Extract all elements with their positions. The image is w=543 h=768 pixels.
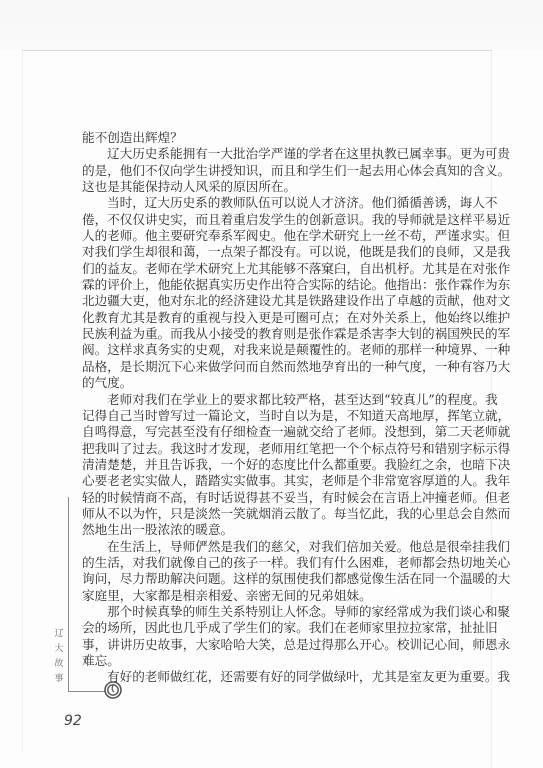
text-line: 老师对我们在学业上的要求都比较严格，甚至达到“较真儿”的程度。我 xyxy=(82,392,479,408)
text-line: 化教育尤其是教育的重视与投入更是可圈可点；在对外关系上，他始终以维护 xyxy=(82,310,479,326)
text-line: 师从不以为忤，只是淡然一笑就烟消云散了。每当忆此，我的心里总会自然而 xyxy=(82,506,479,522)
text-line: 事，讲讲历史故事，大家哈哈大笑，总是过得那么开心。校训记心间，师恩永 xyxy=(82,637,479,653)
text-line: 辽大历史系能拥有一大批治学严谨的学者在这里执教已属幸事。更为可贵 xyxy=(82,146,479,162)
text-line: 难忘。 xyxy=(82,653,479,669)
running-title-char: 大 xyxy=(52,642,66,657)
text-line: 轻的时候情商不高，有时话说得甚不妥当，有时候会在言语上冲撞老师。但老 xyxy=(82,490,479,506)
text-line: 自鸣得意，写完甚至没有仔细检查一遍就交给了老师。没想到，第二天老师就 xyxy=(82,424,479,440)
text-line: 品格，是长期沉下心来做学问而自然而然地孕育出的一种气度，一种有容乃大 xyxy=(82,359,479,375)
text-line: 在生活上，导师俨然是我们的慈父，对我们倍加关爱。他总是很牵挂我们 xyxy=(82,539,479,555)
text-line: 能不创造出辉煌？ xyxy=(82,130,479,146)
scan-background-top xyxy=(0,0,543,50)
text-line: 霖的评价上，他能依据真实历史作出符合实际的结论。他指出：张作霖作为东 xyxy=(82,277,479,293)
running-title-char: 辽 xyxy=(52,627,66,642)
running-title-char: 事 xyxy=(52,672,66,687)
margin-bottom-rule xyxy=(68,691,106,692)
text-line: 当时，辽大历史系的教师队伍可以说人才济济。他们循循善诱，诲人不 xyxy=(82,195,479,211)
page-number: 92 xyxy=(64,713,82,729)
spiral-ornament-icon xyxy=(104,681,122,699)
text-line: 心要老老实实做人，踏踏实实做事。其实，老师是个非常宽容厚道的人。我年 xyxy=(82,473,479,489)
text-line: 记得自己当时曾写过一篇论文，当时自以为是，不知道天高地厚，挥笔立就， xyxy=(82,408,479,424)
text-line: 阀。这样求真务实的史观，对我来说是颠覆性的。老师的那样一种境界、一种 xyxy=(82,342,479,358)
page-top-edge xyxy=(22,50,492,51)
text-line: 那个时候真挚的师生关系特别让人怀念。导师的家经常成为我们谈心和聚 xyxy=(82,604,479,620)
body-text: 能不创造出辉煌？辽大历史系能拥有一大批治学严谨的学者在这里执教已属幸事。更为可贵… xyxy=(82,130,479,686)
page-left-edge xyxy=(22,51,23,751)
text-line: 询问，尽力帮助解决问题。这样的氛围使我们都感觉像生活在同一个温暖的大 xyxy=(82,571,479,587)
text-line: 把我叫了过去。我这时才发现，老师用红笔把一个个标点符号和错别字标示得 xyxy=(82,441,479,457)
text-line: 有好的老师做红花，还需要有好的同学做绿叶，尤其是室友更为重要。我 xyxy=(82,669,479,685)
text-line: 的气度。 xyxy=(82,375,479,391)
text-line: 人的老师。他主要研究奉系军阀史。他在学术研究上一丝不苟，严谨求实。但 xyxy=(82,228,479,244)
text-line: 清清楚楚，并且告诉我，一个好的态度比什么都重要。我脸红之余，也暗下决 xyxy=(82,457,479,473)
running-title: 辽 大 故 事 xyxy=(52,627,66,687)
text-line: 会的场所，因此也几乎成了学生们的家。我们在老师家里拉拉家常，扯扯旧 xyxy=(82,620,479,636)
text-line: 北边疆大吏，他对东北的经济建设尤其是铁路建设作出了卓越的贡献，他对文 xyxy=(82,293,479,309)
text-line: 然地生出一股浓浓的暖意。 xyxy=(82,522,479,538)
text-line: 倦，不仅仅讲史实，而且着重启发学生的创新意识。我的导师就是这样平易近 xyxy=(82,212,479,228)
text-line: 家庭里，大家都是相亲相爱、亲密无间的兄弟姐妹。 xyxy=(82,588,479,604)
text-line: 们的益友。老师在学术研究上尤其能够不落窠臼，自出机杼。尤其是在对张作 xyxy=(82,261,479,277)
text-line: 的是，他们不仅向学生讲授知识，而且和学生们一起去用心体会真知的含义。 xyxy=(82,163,479,179)
text-line: 这也是其能保持动人风采的原因所在。 xyxy=(82,179,479,195)
text-line: 民族利益为重。而我从小接受的教育则是张作霖是杀害李大钊的祸国殃民的军 xyxy=(82,326,479,342)
text-line: 对我们学生却很和蔼，一点架子都没有。可以说，他既是我们的良师，又是我 xyxy=(82,244,479,260)
text-line: 的生活，对我们就像自己的孩子一样。我们有什么困难，老师都会热切地关心 xyxy=(82,555,479,571)
margin-vertical-rule xyxy=(68,497,69,691)
running-title-char: 故 xyxy=(52,657,66,672)
